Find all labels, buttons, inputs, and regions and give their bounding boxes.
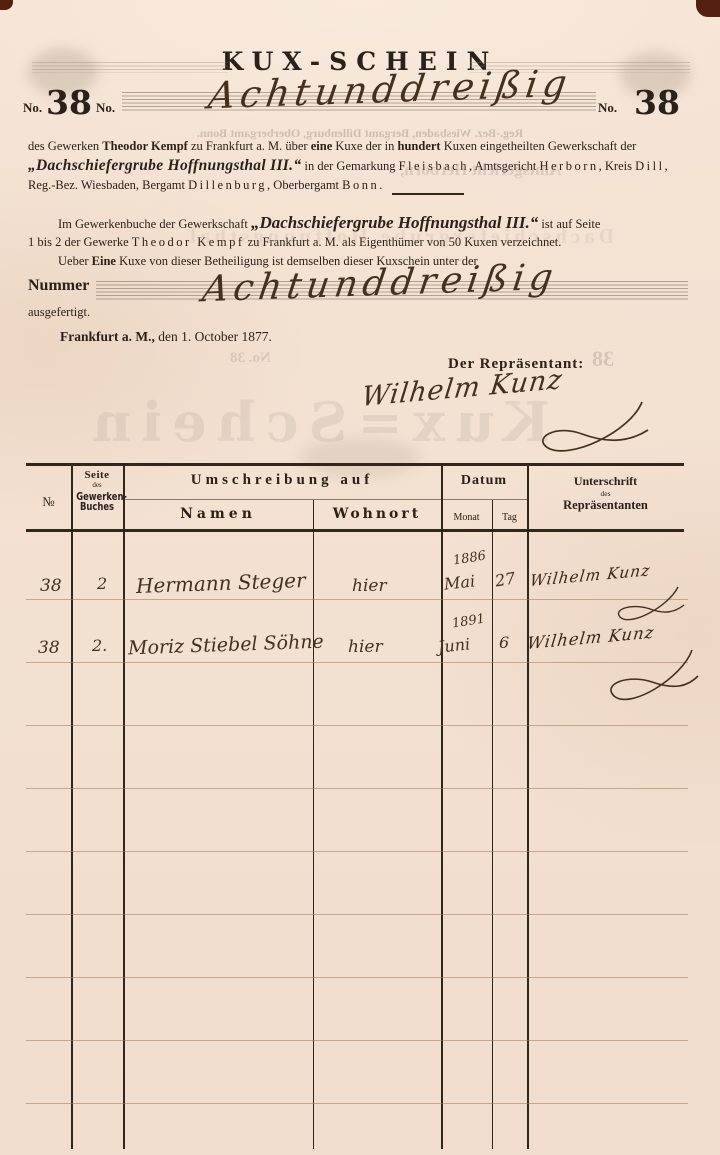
unterschrift-line2: des bbox=[527, 489, 684, 498]
row2-wohnort: hier bbox=[348, 637, 383, 657]
no-label-right: No. bbox=[598, 100, 617, 116]
show-through-no38: No. 38 bbox=[230, 350, 271, 367]
show-through-p2: Dachschiefergrube Hoffnungsthal bbox=[140, 224, 660, 249]
col-header-monat: Monat bbox=[441, 512, 492, 523]
body-paragraph-1-line-1: des Gewerken Theodor Kempf zu Frankfurt … bbox=[28, 139, 636, 154]
col-header-seite: Seite des Gewerken- Buches bbox=[71, 469, 123, 512]
row2-signature-flourish bbox=[600, 648, 700, 710]
body-paragraph-1-line-3: Reg.-Bez. Wiesbaden, Bergamt Dillenburg,… bbox=[28, 178, 382, 193]
certificate-number-left: 38 bbox=[46, 83, 92, 122]
row2-no: 38 bbox=[38, 638, 60, 658]
row2-monat: Juni bbox=[437, 634, 471, 656]
col-header-umschreibung: Umschreibung auf bbox=[123, 472, 441, 489]
row2-seite: 2. bbox=[92, 636, 107, 655]
row2-tag: 6 bbox=[499, 633, 509, 652]
kux-schein-certificate: KUX-SCHEIN No. 38 No. Achtunddreißig No.… bbox=[0, 0, 720, 1155]
date-line: Frankfurt a. M., den 1. October 1877. bbox=[60, 329, 272, 345]
ausgefertigt-text: ausgefertigt. bbox=[28, 305, 90, 320]
unterschrift-line1: Unterschrift bbox=[527, 474, 684, 489]
col-header-no: № bbox=[26, 494, 71, 510]
nummer-label: Nummer bbox=[28, 277, 89, 295]
seite-line4: Buches bbox=[76, 502, 118, 512]
unterschrift-line3: Repräsentanten bbox=[527, 498, 684, 513]
umschreibung-subdivider bbox=[123, 499, 441, 500]
show-through-kux-schein: Kux=Schein bbox=[110, 390, 550, 454]
certificate-number-right: 38 bbox=[634, 83, 680, 122]
table-header-bottom-border bbox=[26, 529, 684, 532]
row1-no: 38 bbox=[40, 576, 62, 596]
corner-mark-top-right bbox=[696, 0, 720, 17]
col-header-tag: Tag bbox=[492, 512, 527, 523]
body-paragraph-1-line-2: „Dachschiefergrube Hoffnungsthal III.“ i… bbox=[28, 157, 668, 175]
row1-seite: 2 bbox=[97, 574, 107, 593]
row1-monat: Mai bbox=[443, 571, 476, 593]
seite-line2: des bbox=[71, 481, 123, 489]
row1-jahr: 1886 bbox=[452, 549, 487, 569]
row1-wohnort: hier bbox=[352, 576, 387, 596]
row1-tag: 27 bbox=[494, 569, 517, 591]
col-header-unterschrift: Unterschrift des Repräsentanten bbox=[527, 474, 684, 513]
row1-signature-flourish bbox=[610, 585, 685, 627]
datum-subdivider bbox=[441, 499, 527, 500]
show-through-fragment: Amtsgericht Herborn, bbox=[400, 160, 561, 180]
col-header-wohnort: Wohnort bbox=[313, 506, 441, 522]
seite-line1: Seite bbox=[71, 469, 123, 481]
col-header-datum: Datum bbox=[441, 473, 527, 489]
section-divider-rule bbox=[392, 193, 464, 195]
table-top-border bbox=[26, 463, 684, 466]
row1-name: Hermann Steger bbox=[136, 568, 306, 598]
title-flank-band-left bbox=[32, 62, 228, 73]
col-header-namen: Namen bbox=[123, 506, 313, 522]
show-through-38: 38 bbox=[592, 346, 614, 372]
table-row-rules bbox=[26, 599, 688, 1111]
no-label-left: No. bbox=[23, 100, 42, 116]
no-label-middle: No. bbox=[96, 100, 115, 116]
corner-mark-top-left bbox=[0, 0, 13, 10]
